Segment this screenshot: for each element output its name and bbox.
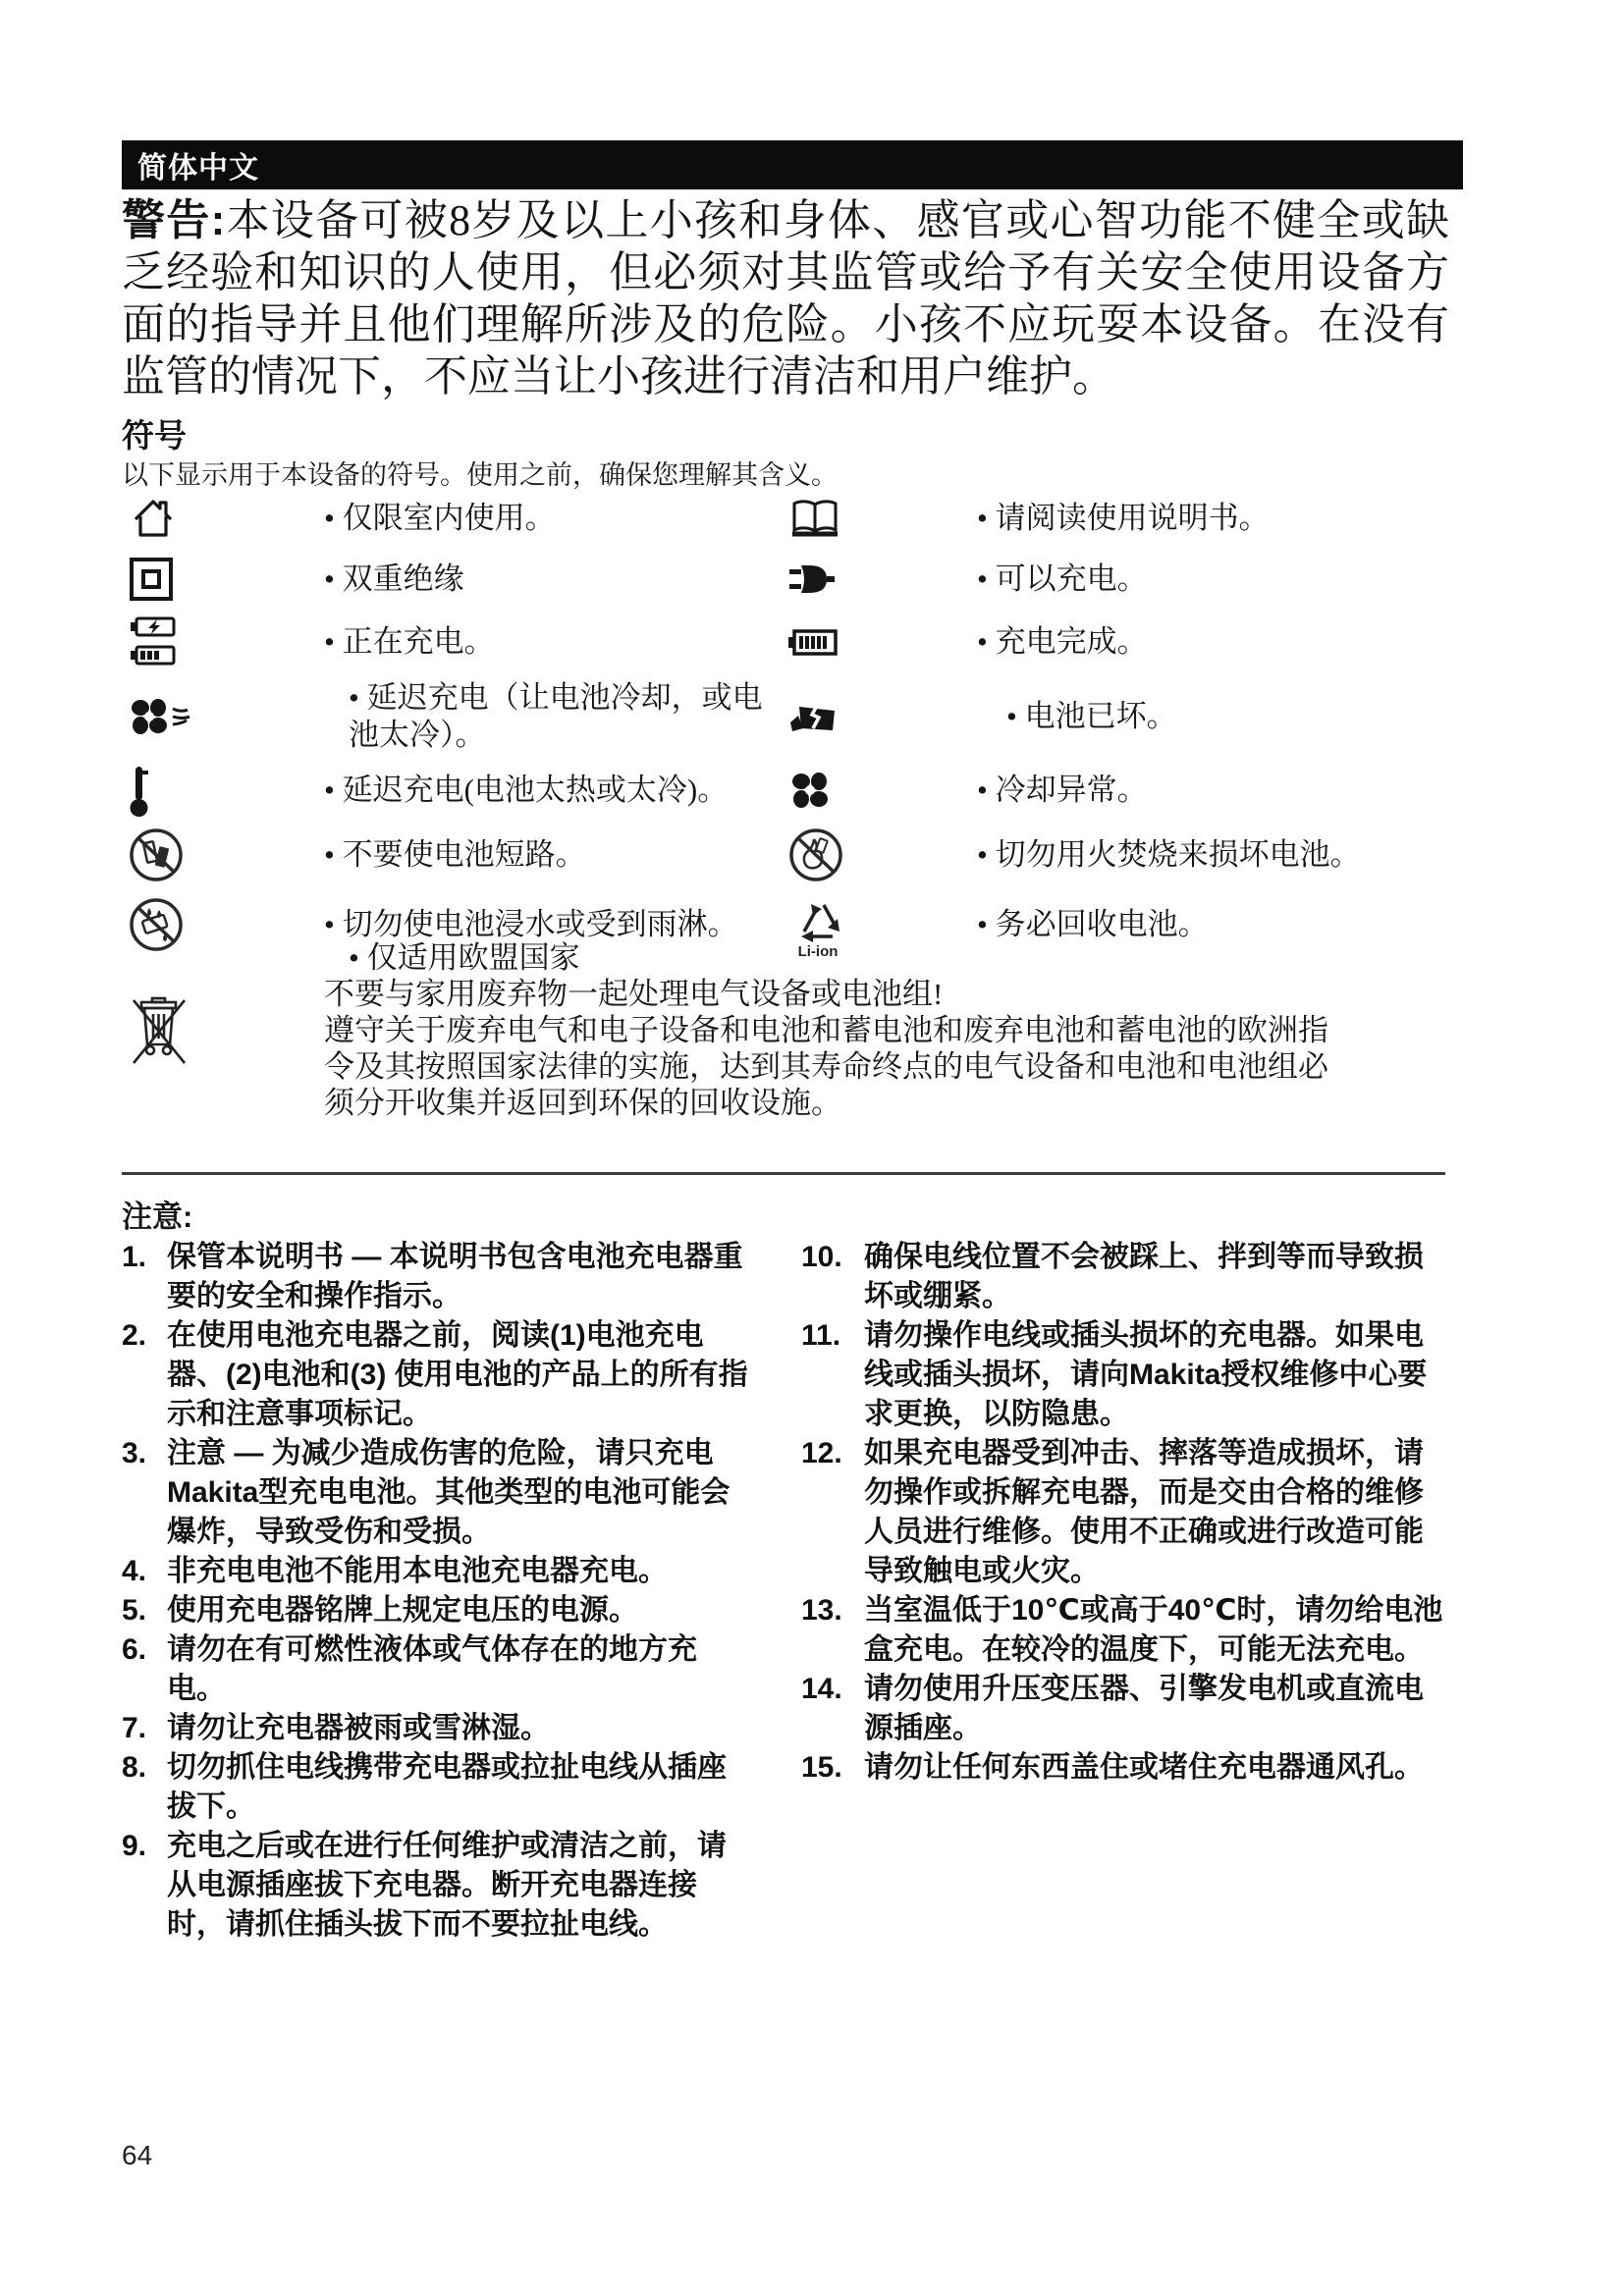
caution-item: 13.当室温低于10℃或高于40℃时，请勿给电池盒充电。在较冷的温度下，可能无法… xyxy=(801,1591,1451,1670)
caution-item: 9.充电之后或在进行任何维护或清洁之前，请从电源插座拔下充电器。断开充电器连接时… xyxy=(122,1827,754,1945)
symbol-row: • 仅限室内使用。 • 请阅读使用说明书。 xyxy=(122,488,1449,549)
item-number: 7. xyxy=(122,1709,167,1748)
caution-list-left: 1.保管本说明书 — 本说明书包含电池充电器重要的安全和操作指示。 2.在使用电… xyxy=(122,1238,754,1945)
caution-item: 5.使用充电器铭牌上规定电压的电源。 xyxy=(122,1591,754,1630)
symbols-heading: 符号 xyxy=(122,410,187,456)
symbol-row: • 正在充电。 • 充电完成。 xyxy=(122,610,1449,674)
caution-item: 6.请勿在有可燃性液体或气体存在的地方充电。 xyxy=(122,1630,754,1709)
item-number: 13. xyxy=(801,1591,864,1670)
battery-charging-icon xyxy=(128,614,181,670)
double-insulation-icon xyxy=(128,556,175,603)
symbol-label-left: • 延迟充电（让电池冷却，或电池太冷）。 xyxy=(324,679,785,754)
symbol-label-left: • 正在充电。 xyxy=(324,623,785,661)
symbol-row: • 双重绝缘 • 可以充电。 xyxy=(122,549,1449,610)
item-number: 9. xyxy=(122,1827,167,1945)
fan-airflow-icon xyxy=(128,694,192,739)
warning-label: 警告: xyxy=(122,196,225,244)
item-text: 确保电线位置不会被踩上、拌到等而导致损坏或绷紧。 xyxy=(864,1238,1451,1316)
symbol-row: • 延迟充电(电池太热或太冷)。 • 冷却异常。 xyxy=(122,759,1449,822)
item-text: 请勿让充电器被雨或雪淋湿。 xyxy=(167,1709,754,1748)
item-text: 请勿使用升压变压器、引擎发电机或直流电源插座。 xyxy=(864,1670,1451,1748)
symbols-intro: 以下显示用于本设备的符号。使用之前，确保您理解其含义。 xyxy=(122,454,838,492)
eu-disposal-note: • 仅适用欧盟国家 不要与家用废弃物一起处理电气设备或电池组! 遵守关于废弃电气… xyxy=(122,939,1449,1121)
manual-page: 简体中文 警告:本设备可被8岁及以上小孩和身体、感官或心智功能不健全或缺乏经验和… xyxy=(0,0,1624,2296)
symbol-label-right: • 电池已坏。 xyxy=(977,698,1449,735)
caution-item: 15.请勿让任何东西盖住或堵住充电器通风孔。 xyxy=(801,1748,1451,1788)
item-number: 3. xyxy=(122,1434,167,1552)
symbol-row: • 延迟充电（让电池冷却，或电池太冷）。 • 电池已坏。 xyxy=(122,674,1449,759)
item-text: 充电之后或在进行任何维护或清洁之前，请从电源插座拔下充电器。断开充电器连接时，请… xyxy=(167,1827,754,1945)
item-text: 请勿在有可燃性液体或气体存在的地方充电。 xyxy=(167,1630,754,1709)
caution-heading: 注意: xyxy=(122,1192,192,1236)
plug-icon xyxy=(787,560,837,599)
no-fire-icon xyxy=(787,827,844,883)
page-number: 64 xyxy=(122,2140,152,2171)
symbol-label-right: • 务必回收电池。 xyxy=(977,906,1449,943)
battery-broken-icon xyxy=(787,697,842,736)
item-text: 切勿抓住电线携带充电器或拉扯电线从插座拔下。 xyxy=(167,1748,754,1827)
caution-item: 8.切勿抓住电线携带充电器或拉扯电线从插座拔下。 xyxy=(122,1748,754,1827)
item-text: 在使用电池充电器之前，阅读(1)电池充电器、(2)电池和(3) 使用电池的产品上… xyxy=(167,1316,754,1434)
warning-paragraph: 警告:本设备可被8岁及以上小孩和身体、感官或心智功能不健全或缺乏经验和知识的人使… xyxy=(122,194,1449,402)
language-header-bar: 简体中文 xyxy=(122,140,1463,189)
weee-bin-icon xyxy=(128,992,190,1069)
caution-item: 14.请勿使用升压变压器、引擎发电机或直流电源插座。 xyxy=(801,1670,1451,1748)
item-number: 15. xyxy=(801,1748,864,1788)
item-text: 注意 — 为减少造成伤害的危险，请只充电Makita型充电电池。其他类型的电池可… xyxy=(167,1434,754,1552)
item-number: 12. xyxy=(801,1434,864,1591)
item-text: 请勿让任何东西盖住或堵住充电器通风孔。 xyxy=(864,1748,1451,1788)
item-text: 如果充电器受到冲击、摔落等造成损坏，请勿操作或拆解充电器，而是交由合格的维修人员… xyxy=(864,1434,1451,1591)
section-divider xyxy=(122,1172,1445,1175)
caution-item: 7.请勿让充电器被雨或雪淋湿。 xyxy=(122,1709,754,1748)
item-number: 6. xyxy=(122,1630,167,1709)
item-number: 4. xyxy=(122,1552,167,1591)
caution-item: 3.注意 — 为减少造成伤害的危险，请只充电Makita型充电电池。其他类型的电… xyxy=(122,1434,754,1552)
symbol-label-left: • 延迟充电(电池太热或太冷)。 xyxy=(324,772,785,809)
symbol-label-right: • 冷却异常。 xyxy=(977,772,1449,809)
book-icon xyxy=(787,497,842,540)
item-number: 5. xyxy=(122,1591,167,1630)
caution-item: 10.确保电线位置不会被踩上、拌到等而导致损坏或绷紧。 xyxy=(801,1238,1451,1316)
symbol-label-left: • 切勿使电池浸水或受到雨淋。 xyxy=(324,906,785,943)
caution-item: 11.请勿操作电线或插头损坏的充电器。如果电线或插头损坏，请向Makita授权维… xyxy=(801,1316,1451,1434)
item-text: 请勿操作电线或插头损坏的充电器。如果电线或插头损坏，请向Makita授权维修中心… xyxy=(864,1316,1451,1434)
battery-full-icon xyxy=(787,627,839,657)
item-number: 11. xyxy=(801,1316,864,1434)
item-text: 非充电电池不能用本电池充电器充电。 xyxy=(167,1552,754,1591)
caution-item: 12.如果充电器受到冲击、摔落等造成损坏，请勿操作或拆解充电器，而是交由合格的维… xyxy=(801,1434,1451,1591)
item-number: 14. xyxy=(801,1670,864,1748)
fan-icon xyxy=(787,768,833,813)
symbol-label-right: • 充电完成。 xyxy=(977,623,1449,661)
house-icon xyxy=(128,493,179,544)
eu-note-line2: 不要与家用废弃物一起处理电气设备或电池组! xyxy=(324,976,1434,1012)
caution-item: 4.非充电电池不能用本电池充电器充电。 xyxy=(122,1552,754,1591)
symbols-table: • 仅限室内使用。 • 请阅读使用说明书。 • 双重绝缘 • 可以充电。 • 正… xyxy=(122,488,1449,961)
symbol-label-left: • 双重绝缘 xyxy=(324,561,785,598)
symbol-label-right: • 请阅读使用说明书。 xyxy=(977,500,1449,537)
symbol-label-left: • 不要使电池短路。 xyxy=(324,836,785,874)
warning-text: 本设备可被8岁及以上小孩和身体、感官或心智功能不健全或缺乏经验和知识的人使用，但… xyxy=(122,196,1449,400)
eu-note-body: 遵守关于废弃电气和电子设备和电池和蓄电池和废弃电池和蓄电池的欧洲指 令及其按照国… xyxy=(324,1012,1434,1121)
eu-note-bullet: • 仅适用欧盟国家 xyxy=(324,939,1434,976)
symbol-row: • 不要使电池短路。 • 切勿用火焚烧来损坏电池。 xyxy=(122,822,1449,888)
symbol-label-right: • 切勿用火焚烧来损坏电池。 xyxy=(977,836,1449,874)
no-short-circuit-icon xyxy=(128,827,185,883)
item-number: 2. xyxy=(122,1316,167,1434)
symbol-label-right: • 可以充电。 xyxy=(977,561,1449,598)
symbol-label-left: • 仅限室内使用。 xyxy=(324,500,785,537)
caution-item: 2.在使用电池充电器之前，阅读(1)电池充电器、(2)电池和(3) 使用电池的产… xyxy=(122,1316,754,1434)
language-label: 简体中文 xyxy=(137,143,259,187)
item-text: 保管本说明书 — 本说明书包含电池充电器重要的安全和操作指示。 xyxy=(167,1238,754,1316)
caution-list-right: 10.确保电线位置不会被踩上、拌到等而导致损坏或绷紧。 11.请勿操作电线或插头… xyxy=(801,1238,1451,1788)
caution-item: 1.保管本说明书 — 本说明书包含电池充电器重要的安全和操作指示。 xyxy=(122,1238,754,1316)
item-number: 10. xyxy=(801,1238,864,1316)
item-text: 使用充电器铭牌上规定电压的电源。 xyxy=(167,1591,754,1630)
item-number: 1. xyxy=(122,1238,167,1316)
thermometer-icon xyxy=(128,763,151,818)
item-number: 8. xyxy=(122,1748,167,1827)
item-text: 当室温低于10℃或高于40℃时，请勿给电池盒充电。在较冷的温度下，可能无法充电。 xyxy=(864,1591,1451,1670)
